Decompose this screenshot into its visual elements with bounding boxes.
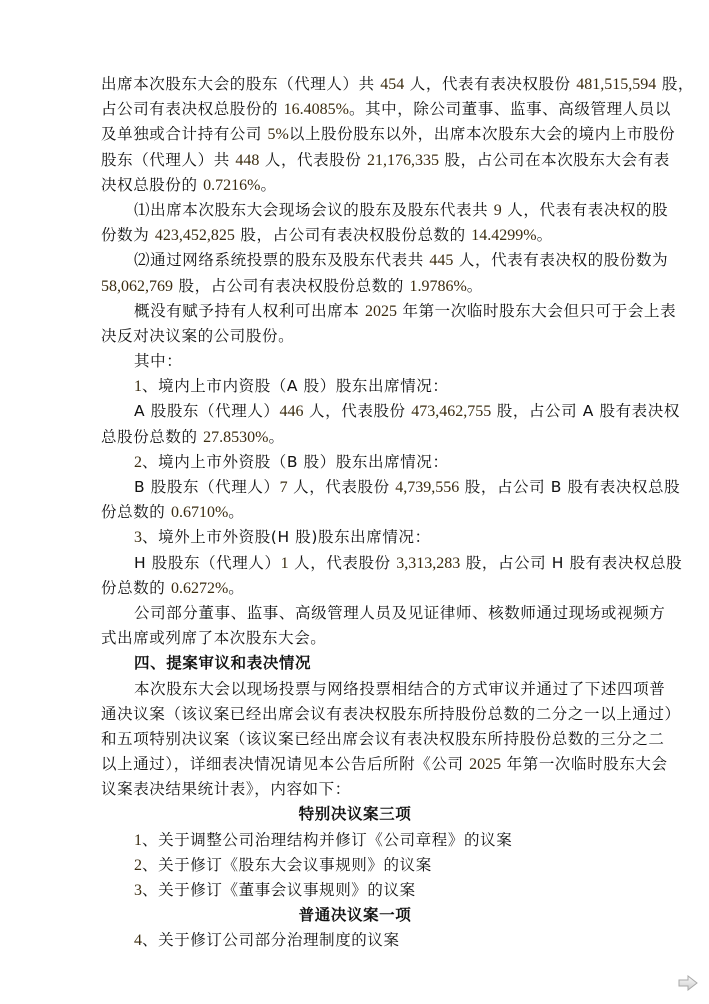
document-page: 出席本次股东大会的股东（代理人）共 454 人，代表有表决权股份 481,515… <box>101 72 609 954</box>
ordinary-resolutions-list: 4、关于修订公司部分治理制度的议案 <box>101 928 609 953</box>
special-resolutions-heading: 特别决议案三项 <box>101 802 609 827</box>
numeric-value: 448 <box>235 152 259 169</box>
right-arrow-icon <box>678 975 698 991</box>
paragraph-line: H 股股东（代理人）1 人，代表股份 3,313,283 股，占公司 H 股有表… <box>101 551 609 576</box>
paragraph-line: 份总数的 0.6710%。 <box>101 500 609 525</box>
resolution-item: 2、关于修订《股东大会议事规则》的议案 <box>101 853 609 878</box>
paragraph-line: 股东（代理人）共 448 人，代表股份 21,176,335 股，占公司在本次股… <box>101 148 609 173</box>
resolution-item: 3、关于修订《董事会议事规则》的议案 <box>101 878 609 903</box>
numeric-value: 454 <box>380 76 404 93</box>
paragraph-line: 份数为 423,452,825 股，占公司有表决权股份总数的 14.4299%。 <box>101 223 609 248</box>
numeric-value: 16.4085% <box>284 101 349 118</box>
numeric-value: 3 <box>134 882 142 899</box>
numeric-value: 5% <box>268 126 289 143</box>
paragraph-line: 2、境内上市外资股（B 股）股东出席情况： <box>101 450 609 475</box>
numeric-value: 3 <box>134 529 142 546</box>
special-resolutions-list: 1、关于调整公司治理结构并修订《公司章程》的议案2、关于修订《股东大会议事规则》… <box>101 828 609 904</box>
paragraph-line: 总股份总数的 27.8530%。 <box>101 425 609 450</box>
paragraph-line: ⑴出席本次股东大会现场会议的股东及股东代表共 9 人，代表有表决权的股 <box>101 198 609 223</box>
paragraph-line: A 股股东（代理人）446 人，代表股份 473,462,755 股，占公司 A… <box>101 399 609 424</box>
ordinary-resolutions-heading: 普通决议案一项 <box>101 903 609 928</box>
paragraph-line: 议案表决结果统计表》，内容如下： <box>101 777 609 802</box>
paragraph-line: 以上通过），详细表决情况请见本公告后所附《公司 2025 年第一次临时股东大会 <box>101 752 609 777</box>
paragraph-line: 本次股东大会以现场投票与网络投票相结合的方式审议并通过了下述四项普 <box>101 677 609 702</box>
paragraph-line: 决反对决议案的公司股份。 <box>101 324 609 349</box>
numeric-value: 1 <box>281 555 289 572</box>
numeric-value: 1 <box>134 832 142 849</box>
numeric-value: 4,739,556 <box>395 479 459 496</box>
numeric-value: 14.4299% <box>471 227 536 244</box>
paragraph-line: 份总数的 0.6272%。 <box>101 576 609 601</box>
paragraph-line: B 股股东（代理人）7 人，代表股份 4,739,556 股，占公司 B 股有表… <box>101 475 609 500</box>
numeric-value: 27.8530% <box>203 429 268 446</box>
numeric-value: 9 <box>494 202 502 219</box>
numeric-value: 481,515,594 <box>576 76 656 93</box>
paragraph-line: 及单独或合计持有公司 5%以上股份股东以外，出席本次股东大会的境内上市股份 <box>101 122 609 147</box>
resolution-item: 4、关于修订公司部分治理制度的议案 <box>101 928 609 953</box>
next-page-button[interactable] <box>678 975 698 991</box>
numeric-value: 0.7216% <box>203 177 260 194</box>
paragraph-line: 式出席或列席了本次股东大会。 <box>101 626 609 651</box>
paragraph-line: 58,062,769 股，占公司有表决权股份总数的 1.9786%。 <box>101 274 609 299</box>
paragraph-line: 3、境外上市外资股(H 股)股东出席情况： <box>101 525 609 550</box>
paragraph-line: 概没有赋予持有人权利可出席本 2025 年第一次临时股东大会但只可于会上表 <box>101 299 609 324</box>
numeric-value: 1 <box>134 378 142 395</box>
resolution-item: 1、关于调整公司治理结构并修订《公司章程》的议案 <box>101 828 609 853</box>
numeric-value: 445 <box>429 252 453 269</box>
numeric-value: 3,313,283 <box>396 555 460 572</box>
paragraph-line: 占公司有表决权总股份的 16.4085%。其中，除公司董事、监事、高级管理人员以 <box>101 97 609 122</box>
numeric-value: 446 <box>280 403 304 420</box>
paragraph-line: 和五项特别决议案（该议案已经出席会议有表决权股东所持股份总数的三分之二 <box>101 727 609 752</box>
attendance-paragraphs: 出席本次股东大会的股东（代理人）共 454 人，代表有表决权股份 481,515… <box>101 72 609 651</box>
numeric-value: 58,062,769 <box>101 278 173 295</box>
numeric-value: 2 <box>134 454 142 471</box>
paragraph-line: 其中： <box>101 349 609 374</box>
section-paragraphs: 本次股东大会以现场投票与网络投票相结合的方式审议并通过了下述四项普通决议案（该议… <box>101 677 609 803</box>
numeric-value: 1.9786% <box>409 278 466 295</box>
paragraph-line: 出席本次股东大会的股东（代理人）共 454 人，代表有表决权股份 481,515… <box>101 72 609 97</box>
numeric-value: 0.6272% <box>171 580 228 597</box>
numeric-value: 2025 <box>469 756 501 773</box>
section-heading: 四、提案审议和表决情况 <box>101 651 609 676</box>
paragraph-line: 决权总股份的 0.7216%。 <box>101 173 609 198</box>
numeric-value: 2 <box>134 857 142 874</box>
paragraph-line: 通决议案（该议案已经出席会议有表决权股东所持股份总数的二分之一以上通过） <box>101 702 609 727</box>
numeric-value: 473,462,755 <box>411 403 491 420</box>
paragraph-line: 1、境内上市内资股（A 股）股东出席情况： <box>101 374 609 399</box>
numeric-value: 2025 <box>365 303 397 320</box>
numeric-value: 21,176,335 <box>367 152 439 169</box>
paragraph-line: 公司部分董事、监事、高级管理人员及见证律师、核数师通过现场或视频方 <box>101 601 609 626</box>
numeric-value: 423,452,825 <box>155 227 235 244</box>
numeric-value: 7 <box>280 479 288 496</box>
paragraph-line: ⑵通过网络系统投票的股东及股东代表共 445 人，代表有表决权的股份数为 <box>101 248 609 273</box>
numeric-value: 0.6710% <box>171 504 228 521</box>
numeric-value: 4 <box>134 932 142 949</box>
